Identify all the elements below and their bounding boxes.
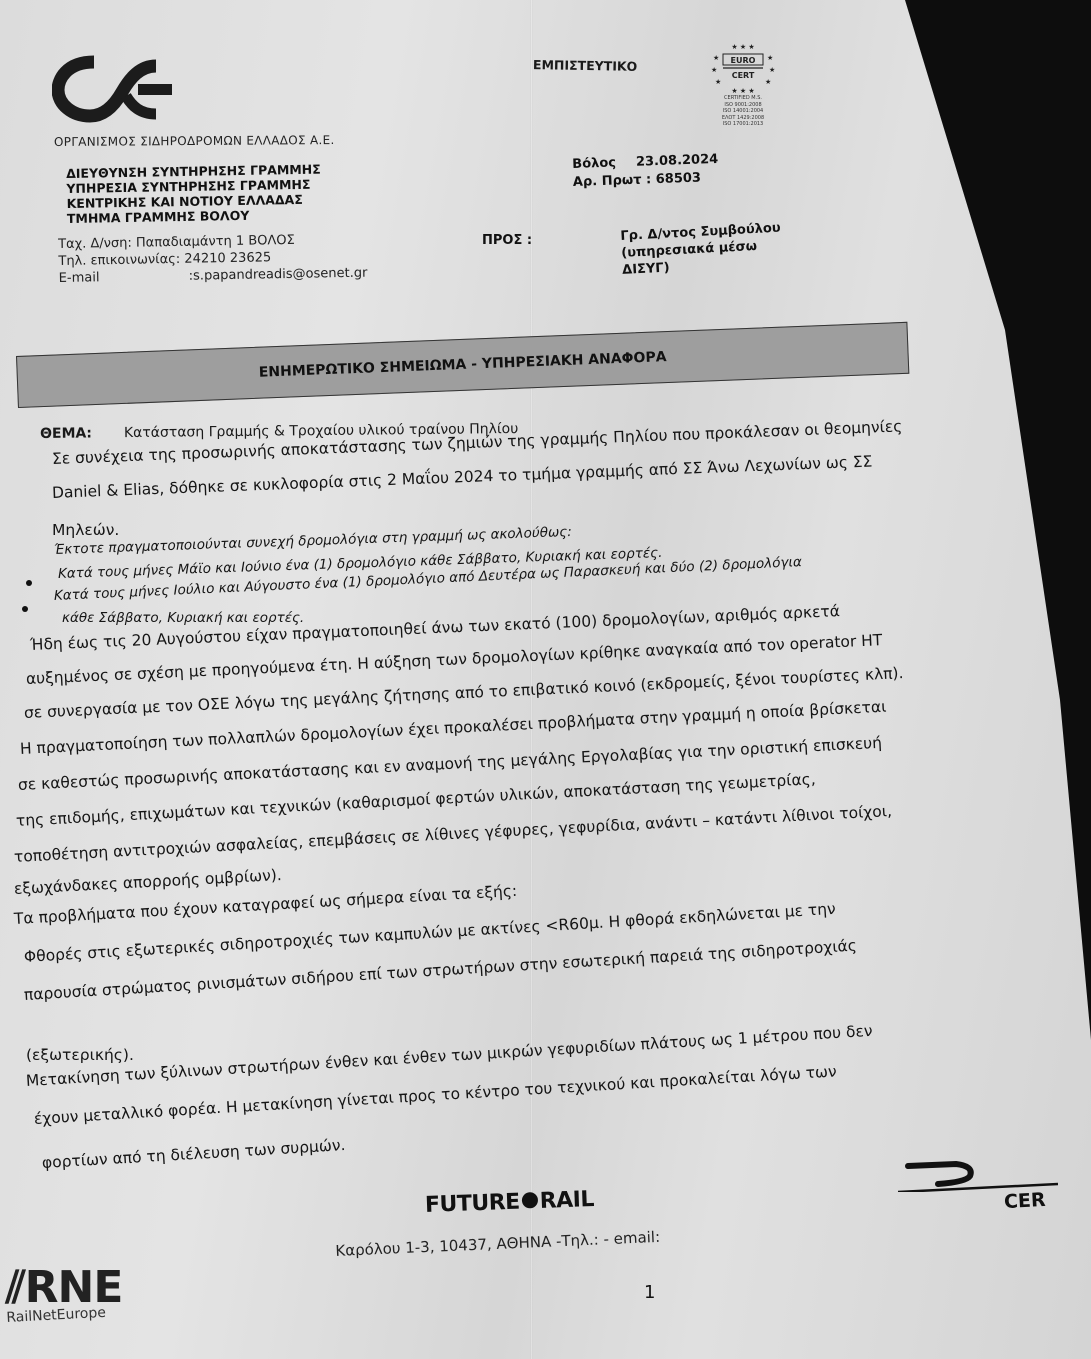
page-number: 1: [644, 1282, 655, 1303]
date-protocol-block: Βόλος23.08.2024 Αρ. Πρωτ : 68503: [572, 151, 719, 192]
department-block: ΔΙΕΥΘΥΝΣΗ ΣΥΝΤΗΡΗΣΗΣ ΓΡΑΜΜΗΣ ΥΠΗΡΕΣΙΑ ΣΥ…: [66, 162, 322, 226]
svg-text:★: ★: [765, 78, 771, 86]
svg-text:CERT: CERT: [732, 71, 755, 80]
contact-email-value: :s.papandreadis@osenet.gr: [189, 265, 368, 285]
subject-label: ΘΕΜΑ:: [40, 425, 92, 442]
body-line: φορτίων από τη διέλευση των συρμών.: [41, 1136, 345, 1172]
contact-label: Τηλ. επικοινωνίας:: [58, 251, 180, 270]
futurerail-mark-icon: [521, 1192, 538, 1209]
cer-text: CER: [1004, 1189, 1047, 1213]
futurerail-right: RAIL: [539, 1187, 594, 1214]
svg-text:★: ★: [713, 54, 719, 62]
svg-text:EURO: EURO: [731, 56, 756, 65]
svg-text:★: ★: [769, 66, 775, 74]
organization-name: ΟΡΓΑΝΙΣΜΟΣ ΣΙΔΗΡΟΔΡΟΜΩΝ ΕΛΛΑΔΟΣ Α.Ε.: [54, 133, 335, 149]
contact-value: Παπαδιαμάντη 1 ΒΟΛΟΣ: [136, 232, 295, 252]
contact-label: Ταχ. Δ/νση:: [58, 235, 132, 253]
document-date: 23.08.2024: [636, 152, 719, 170]
body-line: (εξωτερικής).: [26, 1046, 134, 1064]
protocol-number: 68503: [655, 171, 701, 188]
ose-logo-icon: [52, 52, 187, 127]
svg-text:★: ★: [715, 78, 721, 86]
cert-line: ISO 17001:2013: [703, 121, 783, 128]
cert-lines: CERTIFIED M.S. ISO 9001:2008 ISO 14001:2…: [703, 95, 783, 128]
report-title-banner: ΕΝΗΜΕΡΩΤΙΚΟ ΣΗΜΕΙΩΜΑ - ΥΠΗΡΕΣΙΑΚΗ ΑΝΑΦΟΡ…: [16, 322, 909, 408]
report-title: ΕΝΗΜΕΡΩΤΙΚΟ ΣΗΜΕΙΩΜΑ - ΥΠΗΡΕΣΙΑΚΗ ΑΝΑΦΟΡ…: [259, 349, 667, 381]
protocol-label: Αρ. Πρωτ :: [573, 172, 652, 190]
to-label: ΠΡΟΣ :: [482, 233, 532, 248]
eurocert-stars-icon: ★ ★ ★ ★★ ★★ ★★ ★ ★ ★ EURO CERT: [703, 40, 783, 95]
contact-value: 24210 23625: [184, 249, 271, 268]
svg-text:★ ★ ★: ★ ★ ★: [731, 87, 754, 95]
contact-label: E-mail: [59, 268, 189, 287]
rne-logo: ⫽RNE RailNetEurope: [6, 1268, 122, 1326]
body-line: εξωχάνδακες απορροής ομβρίων).: [14, 866, 283, 898]
paper-fold: [530, 0, 533, 1359]
bullet-icon: [22, 606, 28, 612]
classification-label: ΕΜΠΙΣΤΕΥΤΙΚΟ: [533, 57, 637, 74]
rne-mark-icon: ⫽: [6, 1262, 25, 1313]
document-page: ΟΡΓΑΝΙΣΜΟΣ ΣΙΔΗΡΟΔΡΟΜΩΝ ΕΛΛΑΔΟΣ Α.Ε. ΔΙΕ…: [0, 0, 1091, 1359]
cer-swoosh-icon: [898, 1152, 1058, 1192]
body-line: Μηλεών.: [52, 521, 119, 539]
eurocert-badge: ★ ★ ★ ★★ ★★ ★★ ★ ★ ★ EURO CERT CERTIFIED…: [703, 40, 783, 160]
recipient-block: Γρ. Δ/ντος Συμβούλου (υπηρεσιακά μέσω ΔΙ…: [620, 220, 783, 279]
schedule-bullet-cont: κάθε Σάββατο, Κυριακή και εορτές.: [62, 610, 304, 626]
futurerail-left: FUTURE: [425, 1190, 521, 1218]
cer-logo: CER: [898, 1152, 1058, 1222]
contact-block: Ταχ. Δ/νση: Παπαδιαμάντη 1 ΒΟΛΟΣ Τηλ. επ…: [58, 231, 368, 287]
svg-text:★ ★ ★: ★ ★ ★: [731, 43, 754, 51]
footer-address: Καρόλου 1-3, 10437, ΑΘΗΝΑ -Τηλ.: - email…: [335, 1228, 660, 1260]
bullet-icon: [26, 580, 32, 586]
department-line: ΤΜΗΜΑ ΓΡΑΜΜΗΣ ΒΟΛΟΥ: [67, 207, 322, 226]
futurerail-logo: FUTURERAIL: [425, 1187, 595, 1218]
svg-text:★: ★: [711, 66, 717, 74]
place: Βόλος: [572, 155, 616, 172]
svg-text:★: ★: [767, 54, 773, 62]
